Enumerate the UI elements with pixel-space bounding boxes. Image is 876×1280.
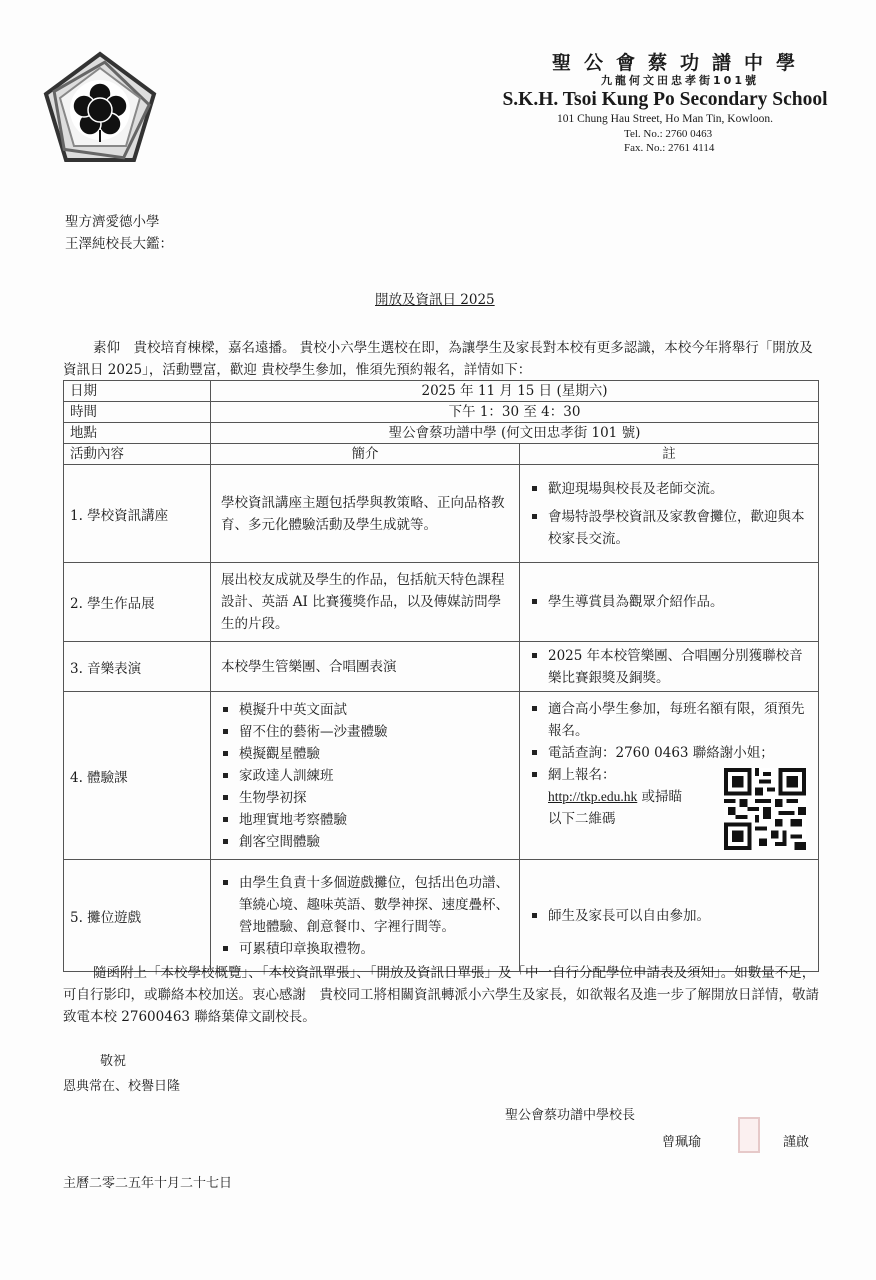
regards-line1: 敬祝 — [100, 1050, 126, 1069]
activity-name: 1. 學校資訊講座 — [64, 465, 211, 563]
activity-name: 2. 學生作品展 — [64, 563, 211, 642]
note-item: 網上報名： — [526, 764, 812, 830]
note-item: 師生及家長可以自由參加。 — [526, 905, 812, 927]
seal-stamp-icon — [738, 1117, 760, 1153]
intro-item: 模擬觀星體驗 — [217, 743, 513, 765]
activity-intro: 學校資訊講座主題包括學與教策略、正向品格教育、多元化體驗活動及學生成就等。 — [217, 486, 513, 542]
fax-number: Fax. No.: 2761 4114 — [624, 141, 830, 155]
table-row-activity-header: 活動內容 簡介 註 — [64, 444, 819, 465]
signature-name: 曾珮瑜 — [662, 1131, 701, 1150]
addressee-school: 聖方濟愛德小學 — [65, 211, 173, 233]
date-value: 2025 年 11 月 15 日 (星期六) — [211, 381, 819, 402]
activity-notes: 2025 年本校管樂團、合唱團分別獲聯校音樂比賽銀獎及銅獎。 — [526, 645, 812, 689]
time-label: 時間 — [64, 402, 211, 423]
intro-item: 留不住的藝術—沙畫體驗 — [217, 721, 513, 743]
activity-name: 4. 體驗課 — [64, 692, 211, 860]
activity-notes: 歡迎現場與校長及老師交流。 會場特設學校資訊及家教會攤位，歡迎與本校家長交流。 — [526, 478, 812, 550]
intro-item: 創客空間體驗 — [217, 831, 513, 853]
table-row: 3. 音樂表演 本校學生管樂團、合唱團表演 2025 年本校管樂團、合唱團分別獲… — [64, 642, 819, 692]
signature-title: 聖公會蔡功譜中學校長 — [505, 1104, 635, 1123]
venue-label: 地點 — [64, 423, 211, 444]
note-item: 學生導賞員為觀眾介紹作品。 — [526, 591, 812, 613]
time-value: 下午 1：30 至 4：30 — [211, 402, 819, 423]
school-name-en: S.K.H. Tsoi Kung Po Secondary School — [500, 88, 830, 112]
regards-line2: 恩典常在、校譽日隆 — [63, 1075, 180, 1094]
intro-paragraph: 素仰 貴校培育棟樑，嘉名遠播。 貴校小六學生選校在即，為讓學生及家長對本校有更多… — [63, 337, 823, 381]
note-item: 歡迎現場與校長及老師交流。 — [526, 478, 812, 500]
letter-title: 開放及資訊日 2025 — [375, 288, 495, 308]
signature-closing: 謹啟 — [783, 1131, 809, 1150]
qr-code-icon[interactable] — [724, 768, 806, 850]
addressee-principal: 王澤純校長大鑑： — [65, 233, 173, 255]
school-crest-icon — [40, 50, 160, 170]
venue-value: 聖公會蔡功譜中學 (何文田忠孝街 101 號) — [211, 423, 819, 444]
school-address-cn: 九龍何文田忠孝街101號 — [530, 74, 830, 88]
activity-notes: 師生及家長可以自由參加。 — [526, 905, 812, 927]
closing-paragraph: 隨函附上「本校學校概覽」、「本校資訊單張」、「開放及資訊日單張」及「中一自行分配… — [63, 962, 825, 1028]
addressee: 聖方濟愛德小學 王澤純校長大鑑： — [65, 211, 173, 255]
event-details-table: 日期 2025 年 11 月 15 日 (星期六) 時間 下午 1：30 至 4… — [63, 380, 819, 972]
activity-notes: 學生導賞員為觀眾介紹作品。 — [526, 591, 812, 613]
table-row-time: 時間 下午 1：30 至 4：30 — [64, 402, 819, 423]
intro-item: 可累積印章換取禮物。 — [217, 938, 513, 960]
activity-intro-list: 模擬升中英文面試 留不住的藝術—沙畫體驗 模擬觀星體驗 家政達人訓練班 生物學初… — [217, 695, 513, 857]
activity-notes: 適合高小學生參加，每班名額有限，須預先報名。 電話查詢：2760 0463 聯絡… — [526, 698, 812, 830]
activity-intro: 本校學生管樂團、合唱團表演 — [217, 650, 513, 684]
letterhead: 聖公會蔡功譜中學 九龍何文田忠孝街101號 S.K.H. Tsoi Kung P… — [490, 52, 830, 155]
activity-intro: 展出校友成就及學生的作品，包括航天特色課程設計、英語 AI 比賽獲獎作品，以及傳… — [217, 563, 513, 641]
school-name-cn: 聖公會蔡功譜中學 — [530, 52, 830, 74]
table-row: 2. 學生作品展 展出校友成就及學生的作品，包括航天特色課程設計、英語 AI 比… — [64, 563, 819, 642]
intro-item: 地理實地考察體驗 — [217, 809, 513, 831]
intro-item: 家政達人訓練班 — [217, 765, 513, 787]
letter-date: 主曆二零二五年十月二十七日 — [63, 1172, 232, 1191]
col-header-notes: 註 — [520, 444, 819, 465]
col-header-intro: 簡介 — [211, 444, 520, 465]
registration-link[interactable]: http://tkp.edu.hk — [548, 789, 637, 804]
note-item: 適合高小學生參加，每班名額有限，須預先報名。 — [526, 698, 812, 742]
activity-intro-list: 由學生負責十多個遊戲攤位，包括出色功譜、筆繞心境、趣味英語、數學神探、速度疊杯、… — [217, 872, 513, 960]
intro-item: 由學生負責十多個遊戲攤位，包括出色功譜、筆繞心境、趣味英語、數學神探、速度疊杯、… — [217, 872, 513, 938]
note-item: 電話查詢：2760 0463 聯絡謝小姐； — [526, 742, 812, 764]
intro-item: 模擬升中英文面試 — [217, 699, 513, 721]
table-row-date: 日期 2025 年 11 月 15 日 (星期六) — [64, 381, 819, 402]
intro-item: 生物學初探 — [217, 787, 513, 809]
activity-name: 5. 攤位遊戲 — [64, 860, 211, 972]
table-row: 1. 學校資訊講座 學校資訊講座主題包括學與教策略、正向品格教育、多元化體驗活動… — [64, 465, 819, 563]
school-address-en: 101 Chung Hau Street, Ho Man Tin, Kowloo… — [500, 112, 830, 127]
table-row-venue: 地點 聖公會蔡功譜中學 (何文田忠孝街 101 號) — [64, 423, 819, 444]
note-item: 會場特設學校資訊及家教會攤位，歡迎與本校家長交流。 — [526, 506, 812, 550]
activity-label: 活動內容 — [64, 444, 211, 465]
activity-name: 3. 音樂表演 — [64, 642, 211, 692]
date-label: 日期 — [64, 381, 211, 402]
note-item: 2025 年本校管樂團、合唱團分別獲聯校音樂比賽銀獎及銅獎。 — [526, 645, 812, 689]
table-row: 4. 體驗課 模擬升中英文面試 留不住的藝術—沙畫體驗 模擬觀星體驗 家政達人訓… — [64, 692, 819, 860]
table-row: 5. 攤位遊戲 由學生負責十多個遊戲攤位，包括出色功譜、筆繞心境、趣味英語、數學… — [64, 860, 819, 972]
tel-number: Tel. No.: 2760 0463 — [624, 127, 830, 141]
